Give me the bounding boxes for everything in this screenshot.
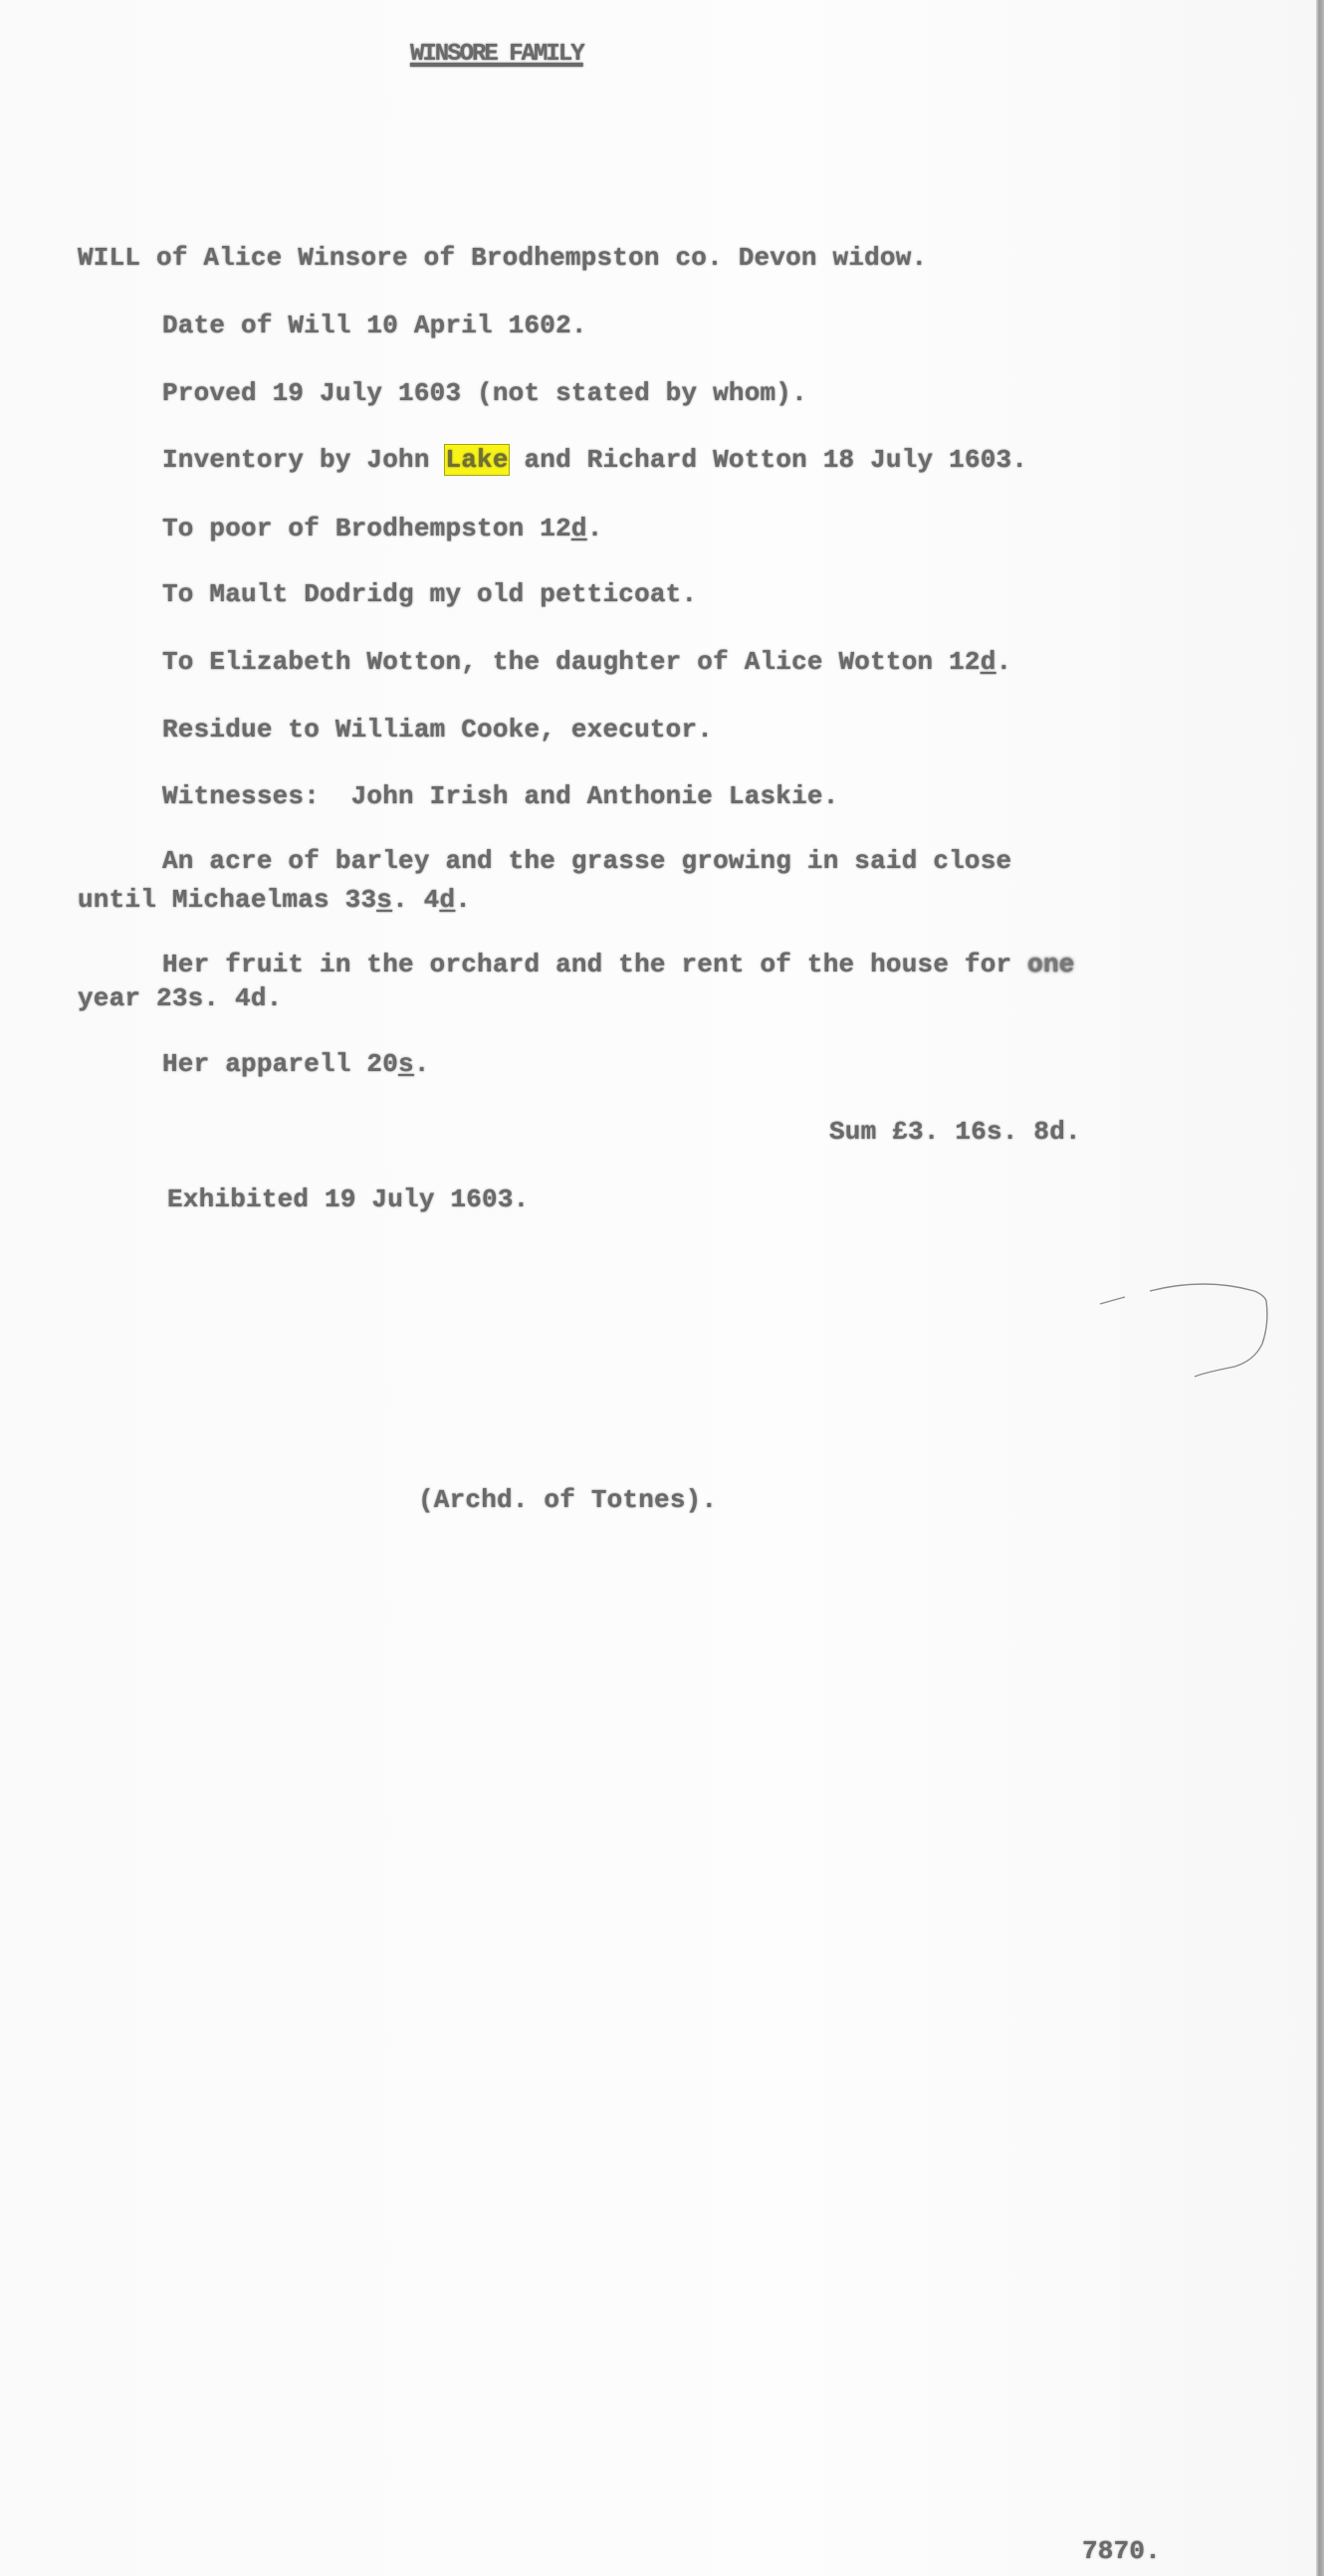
inventory-after: and Richard Wotton 18 July 1603. bbox=[509, 445, 1027, 475]
currency-unit: s bbox=[376, 885, 392, 915]
fruit-line-2: year 23s. 4d. bbox=[78, 983, 282, 1013]
inventory-before: Inventory by John bbox=[162, 445, 445, 475]
will-intro: WILL of Alice Winsore of Brodhempston co… bbox=[78, 243, 927, 273]
acre-line-1: An acre of barley and the grasse growing… bbox=[162, 846, 1011, 876]
apparell-text: Her apparell 20 bbox=[162, 1049, 398, 1079]
page-number: 7870. bbox=[1082, 2536, 1161, 2566]
document-page: WINSORE FAMILY WILL of Alice Winsore of … bbox=[0, 0, 1324, 2576]
apparell-line: Her apparell 20s. bbox=[162, 1049, 430, 1079]
currency-unit: d bbox=[571, 514, 587, 543]
struck-word: one bbox=[1027, 950, 1074, 979]
acre-text: . 4 bbox=[392, 885, 439, 915]
residue-line: Residue to William Cooke, executor. bbox=[162, 715, 713, 745]
highlighted-name: Lake bbox=[445, 445, 508, 475]
acre-text: until Michaelmas 33 bbox=[78, 885, 376, 915]
fruit-line-1: Her fruit in the orchard and the rent of… bbox=[162, 950, 1075, 979]
currency-unit: d bbox=[439, 885, 455, 915]
exhibited-line: Exhibited 19 July 1603. bbox=[167, 1184, 529, 1214]
page-edge-shadow bbox=[1316, 0, 1324, 2576]
document-heading: WINSORE FAMILY bbox=[410, 40, 583, 70]
currency-unit: s bbox=[398, 1049, 414, 1079]
period: . bbox=[996, 647, 1012, 677]
fruit-text: Her fruit in the orchard and the rent of… bbox=[162, 950, 1027, 979]
sum-total: Sum £3. 16s. 8d. bbox=[829, 1117, 1081, 1147]
bequest-text: To Elizabeth Wotton, the daughter of Ali… bbox=[162, 647, 981, 677]
currency-unit: d bbox=[981, 647, 996, 677]
proved-line: Proved 19 July 1603 (not stated by whom)… bbox=[162, 378, 807, 408]
inventory-line: Inventory by John Lake and Richard Wotto… bbox=[162, 445, 1027, 475]
period: . bbox=[455, 885, 471, 915]
bequest-mault: To Mault Dodridg my old petticoat. bbox=[162, 579, 697, 609]
acre-line-2: until Michaelmas 33s. 4d. bbox=[78, 885, 471, 915]
bequest-poor: To poor of Brodhempston 12d. bbox=[162, 514, 603, 543]
court-line: (Archd. of Totnes). bbox=[418, 1485, 717, 1515]
bequest-elizabeth: To Elizabeth Wotton, the daughter of Ali… bbox=[162, 647, 1011, 677]
bequest-text: To poor of Brodhempston 12 bbox=[162, 514, 571, 543]
period: . bbox=[587, 514, 603, 543]
pencil-mark bbox=[1095, 1269, 1294, 1389]
date-of-will: Date of Will 10 April 1602. bbox=[162, 311, 587, 340]
period: . bbox=[414, 1049, 430, 1079]
witnesses-line: Witnesses: John Irish and Anthonie Laski… bbox=[162, 781, 839, 811]
